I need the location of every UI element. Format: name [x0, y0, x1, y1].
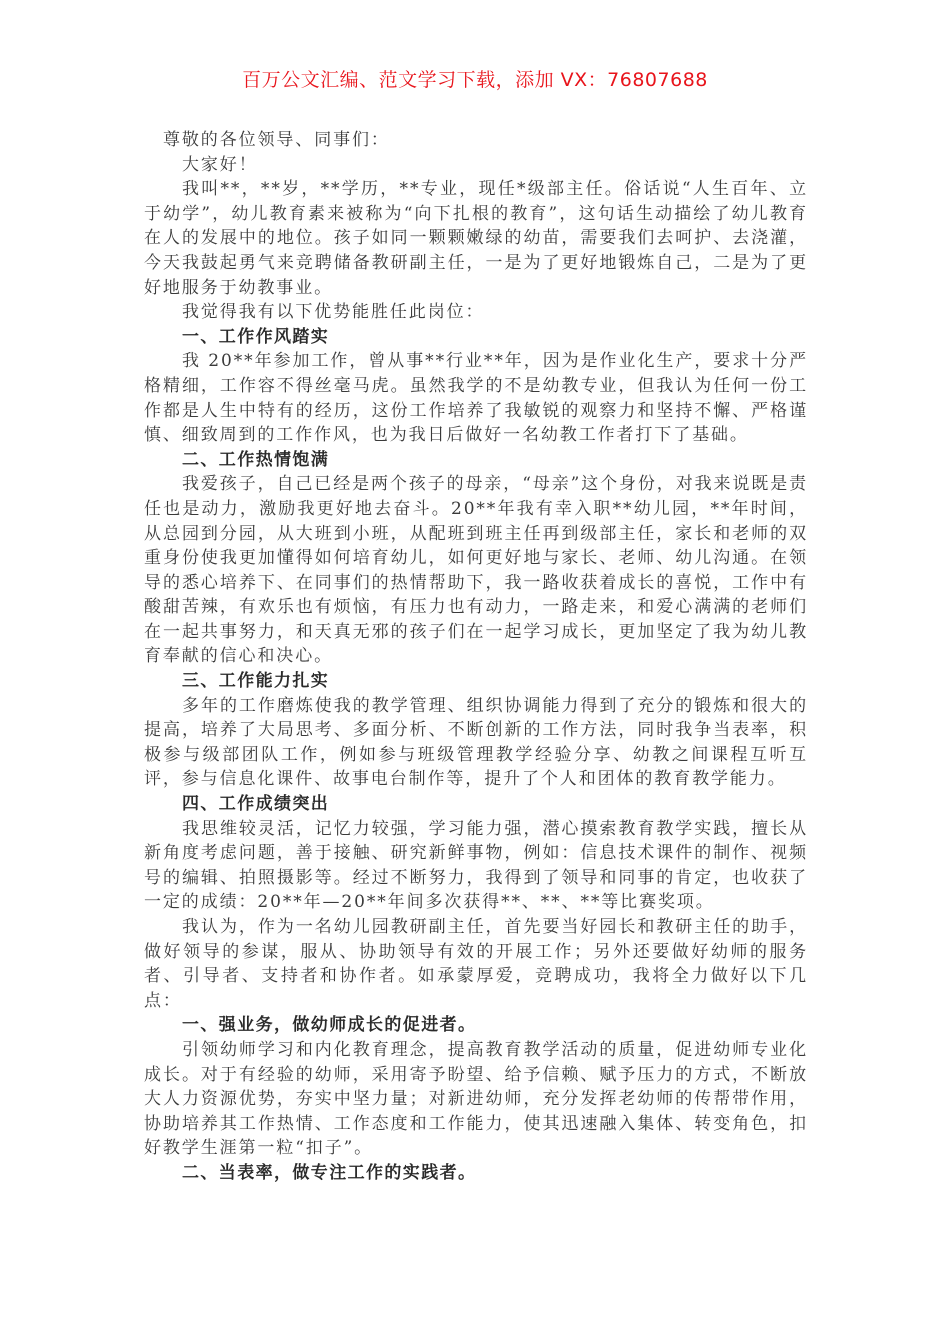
plan-heading-2: 二、当表率，做专注工作的实践者。	[144, 1161, 808, 1186]
plan-heading-1: 一、强业务，做幼师成长的促进者。	[144, 1013, 808, 1038]
section-1-paragraph: 我 20**年参加工作，曾从事**行业**年，因为是作业化生产，要求十分严格精细…	[144, 349, 808, 447]
section-4-paragraph-2: 我认为，作为一名幼儿园教研副主任，首先要当好园长和教研主任的助手，做好领导的参谋…	[144, 915, 808, 1013]
section-heading-4: 四、工作成绩突出	[144, 792, 808, 817]
section-3-paragraph: 多年的工作磨炼使我的教学管理、组织协调能力得到了充分的锻炼和很大的提高，培养了大…	[144, 694, 808, 792]
section-heading-3: 三、工作能力扎实	[144, 669, 808, 694]
intro-paragraph: 我叫**，**岁，**学历，**专业，现任*级部主任。俗话说“人生百年、立于幼学…	[144, 177, 808, 300]
section-heading-1: 一、工作作风踏实	[144, 325, 808, 350]
advantages-lead: 我觉得我有以下优势能胜任此岗位：	[144, 300, 808, 325]
salutation: 尊敬的各位领导、同事们：	[144, 128, 808, 153]
greeting: 大家好！	[144, 153, 808, 178]
section-2-paragraph: 我爱孩子，自己已经是两个孩子的母亲，“母亲”这个身份，对我来说既是责任也是动力，…	[144, 472, 808, 669]
plan-1-paragraph: 引领幼师学习和内化教育理念，提高教育教学活动的质量，促进幼师专业化成长。对于有经…	[144, 1038, 808, 1161]
document-body: 尊敬的各位领导、同事们： 大家好！ 我叫**，**岁，**学历，**专业，现任*…	[144, 128, 808, 1186]
section-4-paragraph-1: 我思维较灵活，记忆力较强，学习能力强，潜心摸索教育教学实践，擅长从新角度考虑问题…	[144, 817, 808, 915]
watermark-banner: 百万公文汇编、范文学习下载，添加 VX：76807688	[0, 66, 950, 94]
document-page: 百万公文汇编、范文学习下载，添加 VX：76807688 尊敬的各位领导、同事们…	[0, 0, 950, 1344]
section-heading-2: 二、工作热情饱满	[144, 448, 808, 473]
